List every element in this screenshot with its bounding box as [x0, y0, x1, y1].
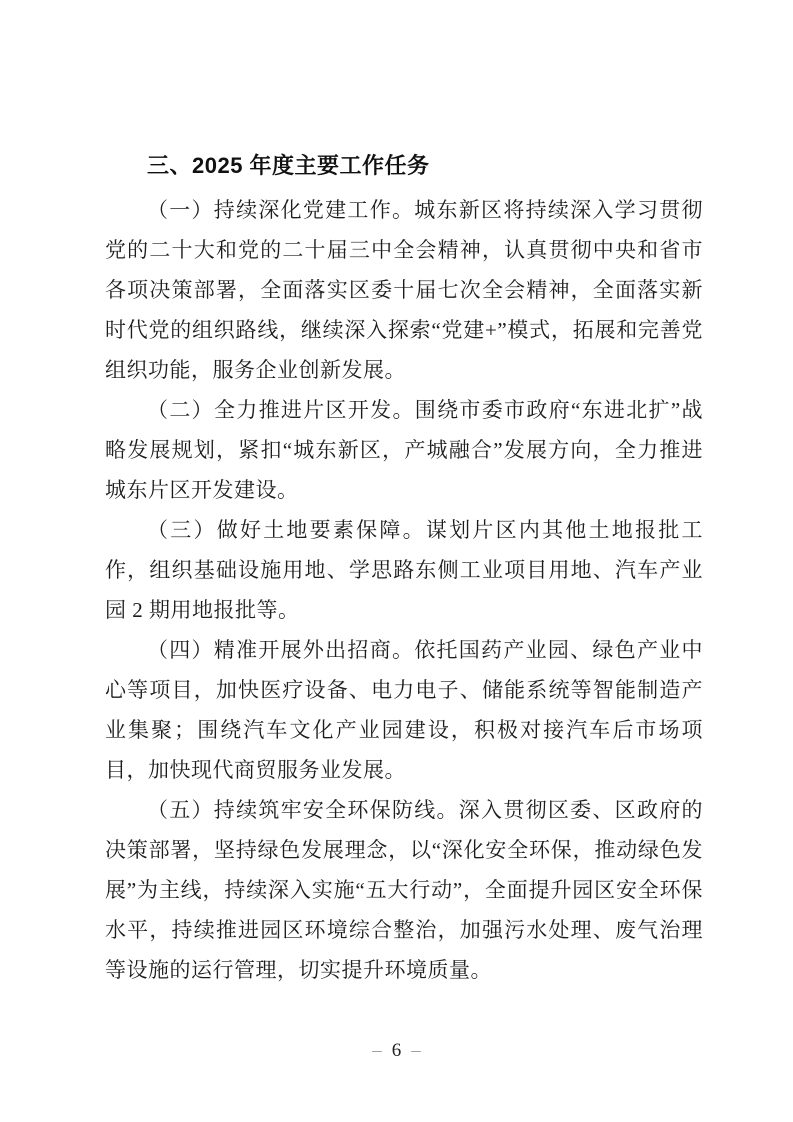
document-body: 三、2025 年度主要工作任务 （一）持续深化党建工作。城东新区将持续深入学习贯… [105, 146, 703, 990]
body-paragraph-1: （一）持续深化党建工作。城东新区将持续深入学习贯彻党的二十大和党的二十届三中全会… [105, 190, 703, 390]
document-page: 三、2025 年度主要工作任务 （一）持续深化党建工作。城东新区将持续深入学习贯… [0, 0, 793, 1122]
body-paragraph-2: （二）全力推进片区开发。围绕市委市政府“东进北扩”战略发展规划，紧扣“城东新区，… [105, 390, 703, 510]
body-paragraph-5: （五）持续筑牢安全环保防线。深入贯彻区委、区政府的决策部署，坚持绿色发展理念，以… [105, 790, 703, 990]
body-paragraph-4: （四）精准开展外出招商。依托国药产业园、绿色产业中心等项目，加快医疗设备、电力电… [105, 630, 703, 790]
page-number: 6 [392, 1040, 402, 1061]
page-number-dash-left: – [362, 1040, 392, 1061]
page-footer: –6– [0, 1038, 793, 1064]
page-number-dash-right: – [401, 1040, 431, 1061]
body-paragraph-3: （三）做好土地要素保障。谋划片区内其他土地报批工作，组织基础设施用地、学思路东侧… [105, 510, 703, 630]
section-heading: 三、2025 年度主要工作任务 [105, 146, 703, 186]
